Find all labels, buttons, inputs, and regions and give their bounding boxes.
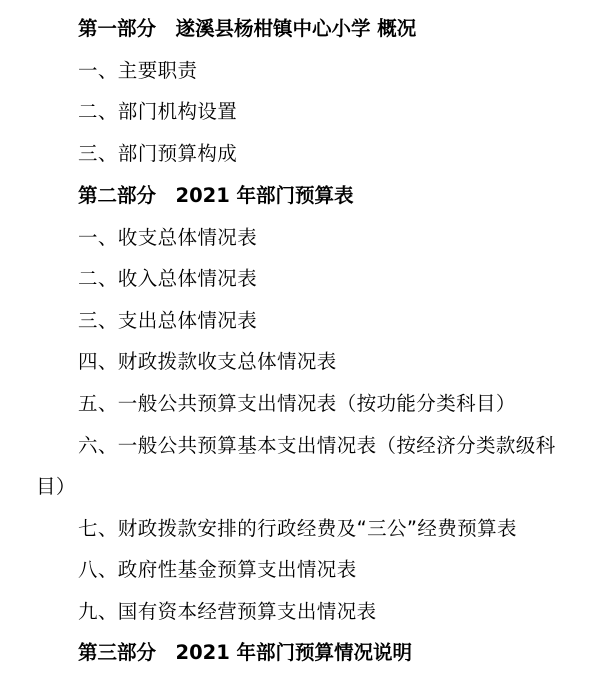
toc-item: 七、财政拨款安排的行政经费及“三公”经费预算表 [78, 517, 517, 541]
toc-item: 八、政府性基金预算支出情况表 [78, 558, 357, 582]
part2-heading: 第二部分 2021 年部门预算表 [78, 184, 354, 208]
toc-item: 二、部门机构设置 [78, 100, 237, 124]
toc-item-wrap: 目） [36, 475, 76, 499]
toc-item: 二、收入总体情况表 [78, 267, 257, 291]
toc-item: 一、主要职责 [78, 59, 197, 83]
toc-item: 三、支出总体情况表 [78, 309, 257, 333]
part1-heading: 第一部分 遂溪县杨柑镇中心小学 概况 [78, 17, 416, 41]
part3-heading: 第三部分 2021 年部门预算情况说明 [78, 641, 412, 665]
toc-item: 九、国有资本经营预算支出情况表 [78, 600, 377, 624]
toc-item: 三、部门预算构成 [78, 142, 237, 166]
toc-item: 一、收支总体情况表 [78, 226, 257, 250]
toc-item: 四、财政拨款收支总体情况表 [78, 350, 337, 374]
toc-item: 五、一般公共预算支出情况表（按功能分类科目） [78, 392, 516, 416]
toc-item: 六、一般公共预算基本支出情况表（按经济分类款级科 [78, 434, 556, 458]
